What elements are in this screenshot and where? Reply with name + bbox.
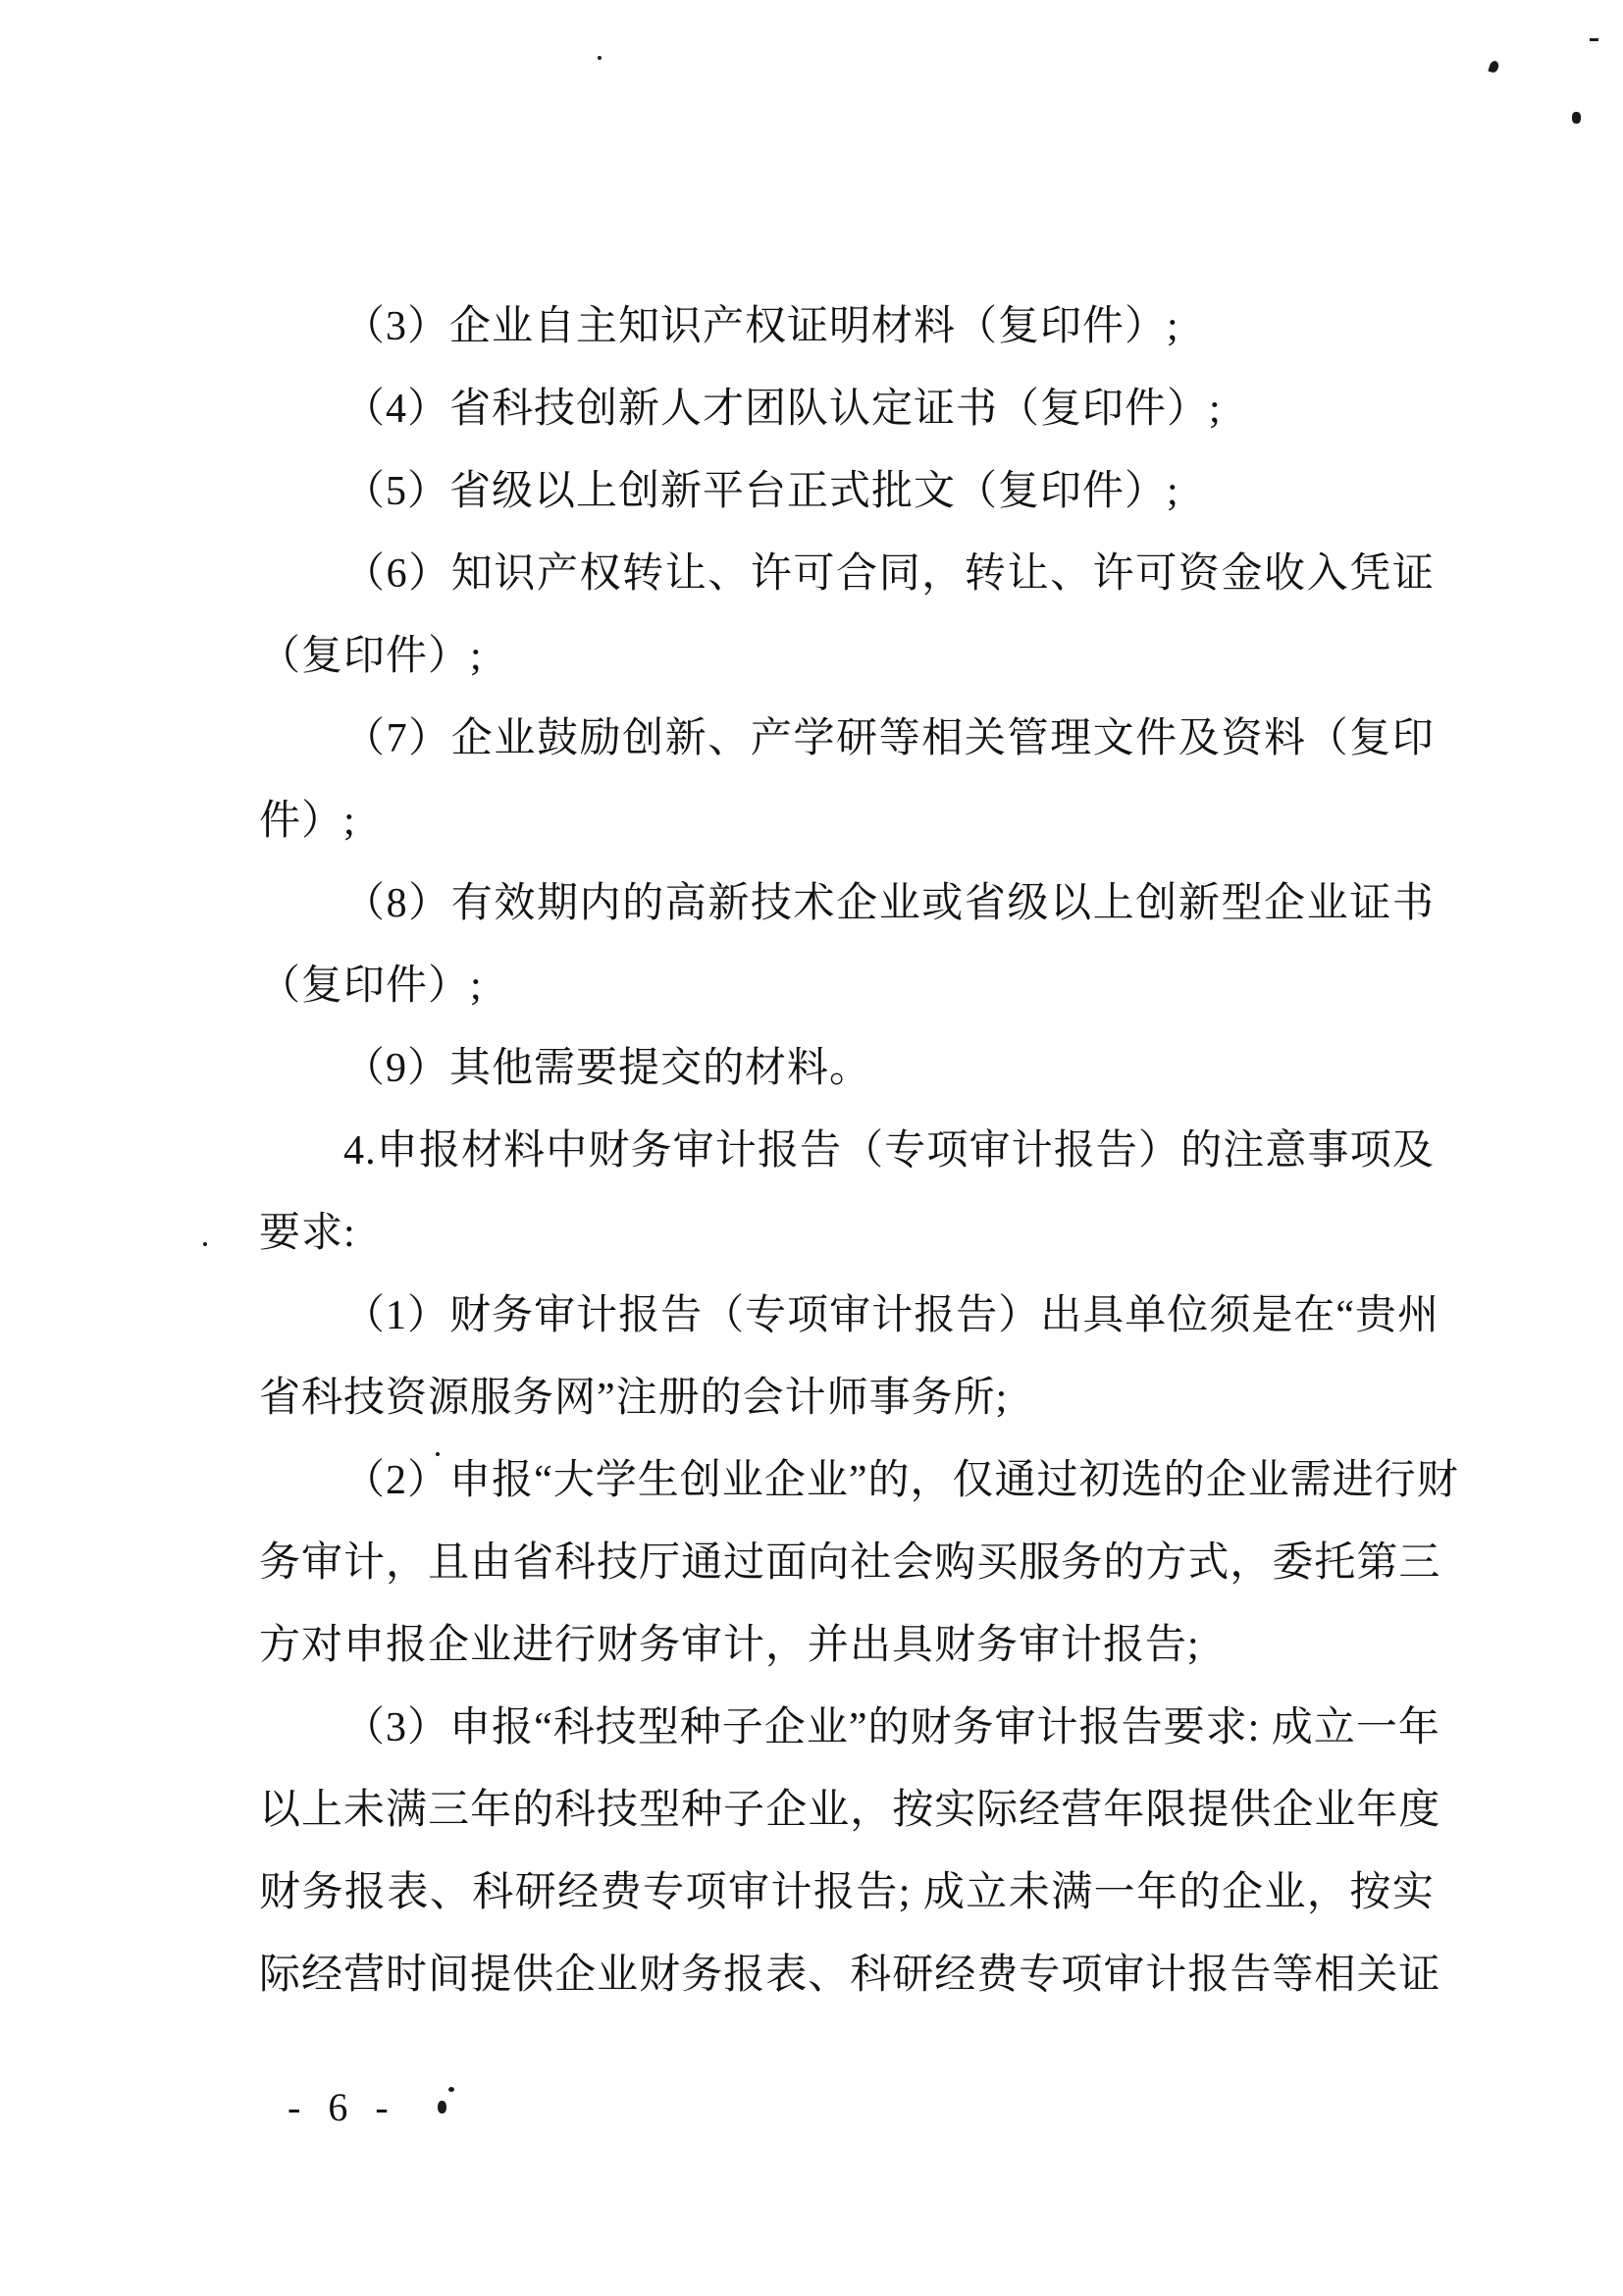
scan-noise-speck [1590, 38, 1598, 41]
document-line: （1）财务审计报告（专项审计报告）出具单位须是在“贵州 [259, 1275, 1435, 1357]
document-line: 以上未满三年的科技型种子企业，按实际经营年限提供企业年度 [259, 1769, 1435, 1852]
document-line: （复印件）; [259, 615, 1435, 698]
document-line: 4.申报材料中财务审计报告（专项审计报告）的注意事项及 [259, 1110, 1435, 1192]
document-line: （4）省科技创新人才团队认定证书（复印件）; [259, 368, 1435, 450]
document-line: （8）有效期内的高新技术企业或省级以上创新型企业证书 [259, 862, 1435, 945]
document-line: 务审计，且由省科技厅通过面向社会购买服务的方式，委托第三 [259, 1522, 1435, 1604]
scanned-document-page: （3）企业自主知识产权证明材料（复印件）; （4）省科技创新人才团队认定证书（复… [0, 0, 1623, 2296]
scan-noise-speck [1572, 112, 1581, 124]
document-line: 方对申报企业进行财务审计，并出具财务审计报告; [259, 1604, 1435, 1687]
document-line: （9）其他需要提交的材料。 [259, 1027, 1435, 1110]
document-line: （5）省级以上创新平台正式批文（复印件）; [259, 450, 1435, 533]
document-line: （7）企业鼓励创新、产学研等相关管理文件及资料（复印 [259, 698, 1435, 780]
scan-noise-speck [598, 56, 602, 60]
scan-noise-speck [1488, 60, 1499, 74]
scan-noise-speck [448, 2087, 454, 2092]
scan-noise-speck [203, 1242, 207, 1246]
document-line: 际经营时间提供企业财务报表、科研经费专项审计报告等相关证 [259, 1934, 1435, 2016]
document-line: （3）企业自主知识产权证明材料（复印件）; [259, 286, 1435, 368]
page-number: - 6 - [288, 2085, 397, 2130]
scan-noise-speck [438, 2101, 446, 2113]
scan-noise-speck [436, 1452, 440, 1456]
document-line: （6）知识产权转让、许可合同，转让、许可资金收入凭证 [259, 533, 1435, 615]
document-body: （3）企业自主知识产权证明材料（复印件）; （4）省科技创新人才团队认定证书（复… [259, 286, 1435, 2016]
document-line: 件）; [259, 780, 1435, 862]
document-line: （复印件）; [259, 945, 1435, 1027]
document-line: 省科技资源服务网”注册的会计师事务所; [259, 1357, 1435, 1439]
document-line: （3）申报“科技型种子企业”的财务审计报告要求: 成立一年 [259, 1687, 1435, 1769]
document-line: 财务报表、科研经费专项审计报告; 成立未满一年的企业，按实 [259, 1852, 1435, 1934]
document-line: 要求: [259, 1192, 1435, 1275]
